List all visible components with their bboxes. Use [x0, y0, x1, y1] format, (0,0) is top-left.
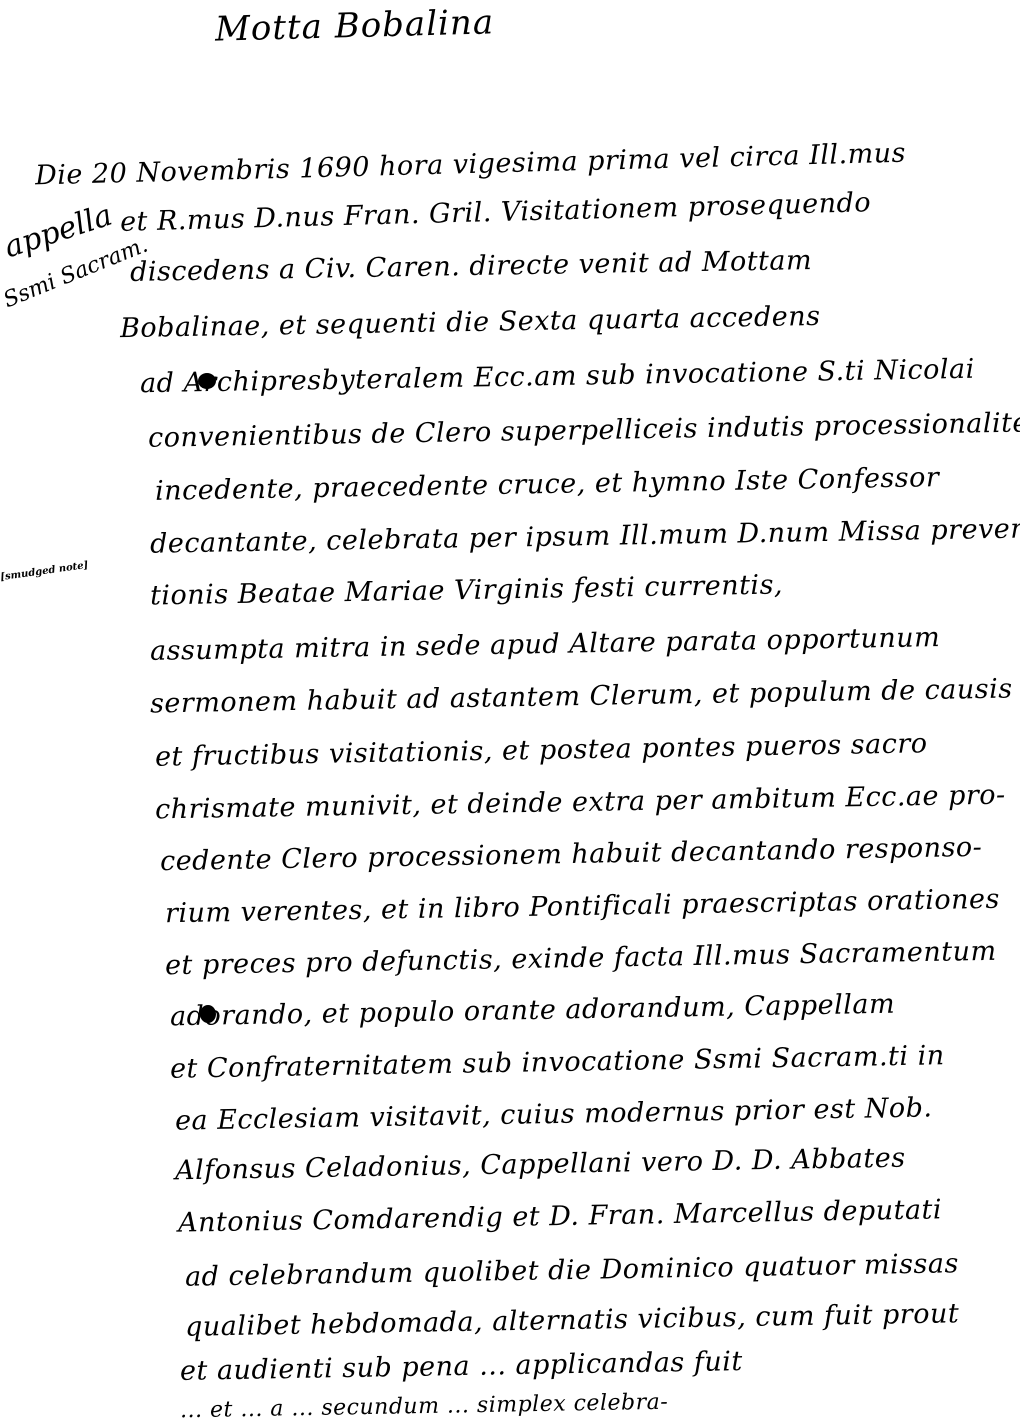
text-line: Die 20 Novembris 1690 hora vigesima prim… [35, 139, 907, 192]
text-line: sermonem habuit ad astantem Clerum, et p… [150, 674, 1013, 719]
text-line: Alfonsus Celadonius, Cappellani vero D. … [175, 1144, 906, 1187]
text-line: et fructibus visitationis, et postea pon… [155, 729, 928, 772]
text-line: discedens a Civ. Caren. directe venit ad… [130, 246, 813, 288]
text-line: qualibet hebdomada, alternatis vicibus, … [185, 1299, 960, 1343]
text-line: tionis Beatae Mariae Virginis festi curr… [150, 570, 783, 611]
text-line: ad celebrandum quolibet die Dominico qua… [185, 1249, 959, 1293]
text-line: adorando, et populo orante adorandum, Ca… [170, 990, 896, 1033]
text-line: convenientibus de Clero superpelliceis i… [148, 408, 1020, 454]
document-heading: Motta Bobalina [215, 2, 495, 49]
ink-blot [200, 1005, 216, 1023]
text-line: cedente Clero processionem habuit decant… [160, 833, 983, 877]
text-line: ... et ... a ... secundum ... simplex ce… [180, 1388, 669, 1422]
manuscript-page: Motta Bobalina appella Ssmi Sacram. [smu… [0, 0, 1020, 1422]
text-line: et preces pro defunctis, exinde facta Il… [165, 937, 997, 982]
text-line: incedente, praecedente cruce, et hymno I… [155, 463, 940, 507]
text-line: rium verentes, et in libro Pontificali p… [165, 885, 1000, 930]
text-line: ad Archipresbyteralem Ecc.am sub invocat… [140, 355, 975, 400]
text-line: et audienti sub pena ... applicandas fui… [180, 1347, 743, 1387]
text-line: ea Ecclesiam visitavit, cuius modernus p… [175, 1093, 933, 1136]
text-line: decantante, celebrata per ipsum Ill.mum … [150, 514, 1020, 559]
margin-note-smudge: [smudged note] [0, 560, 89, 583]
text-line: chrismate munivit, et deinde extra per a… [155, 781, 1006, 826]
text-line: Bobalinae, et sequenti die Sexta quarta … [120, 302, 821, 344]
ink-blot [198, 373, 216, 389]
text-line: et R.mus D.nus Fran. Gril. Visitationem … [120, 188, 872, 238]
text-line: assumpta mitra in sede apud Altare parat… [150, 623, 941, 667]
text-line: Antonius Comdarendig et D. Fran. Marcell… [178, 1195, 942, 1238]
text-line: et Confraternitatem sub invocatione Ssmi… [170, 1041, 945, 1085]
